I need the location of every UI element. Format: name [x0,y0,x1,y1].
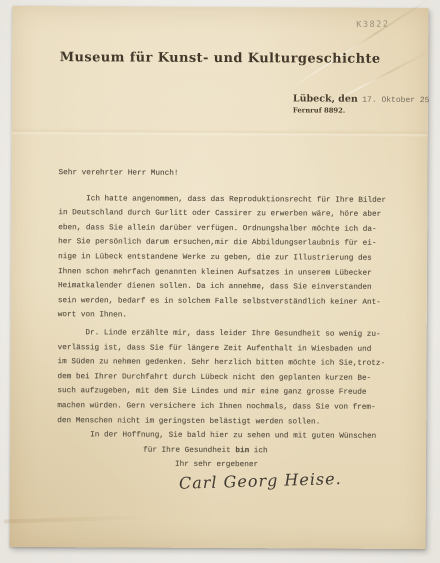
closing-line-2: für Ihre Gesundheit bin ich [143,443,403,459]
typed-date: 17. Oktober 25 [362,96,429,105]
archive-pencil-mark: K3822 [356,19,389,30]
photo-background: K3822 Museum für Kunst- und Kulturgeschi… [0,0,440,563]
closing-line-2-pre: für Ihre Gesundheit [143,446,235,454]
place-label: Lübeck, den [293,93,358,104]
paper-crease-horizontal [12,128,428,137]
date-block: Lübeck, den 17. Oktober 25 Fernruf 8892. [293,91,430,117]
salutation: Sehr verehrter Herr Munch! [59,166,405,182]
letter-body: Sehr verehrter Herr Munch! Ich hatte ang… [57,166,405,494]
closing-line-2-post: ich [249,447,267,455]
body-paragraph-2: Dr. Linde erzählte mir, dass leider Ihre… [57,326,404,430]
letterhead-institution: Museum für Kunst- und Kulturgeschichte [12,50,428,67]
place-date-line: Lübeck, den 17. Oktober 25 [293,91,430,106]
body-paragraph-1: Ich hatte angenommen, dass das Reprodukt… [58,192,405,325]
closing-line-1: In der Hoffnung, Sie bald hier zu sehen … [90,428,403,444]
phone-line: Fernruf 8892. [293,105,430,117]
paper-crease-top-right-1 [289,0,433,90]
closing-line-2-bold: bin [235,447,249,455]
signature-handwritten: Carl Georg Heise. [179,468,359,492]
paper-crease-bottom-left [4,515,154,523]
letter-paper: K3822 Museum für Kunst- und Kulturgeschi… [10,6,429,549]
